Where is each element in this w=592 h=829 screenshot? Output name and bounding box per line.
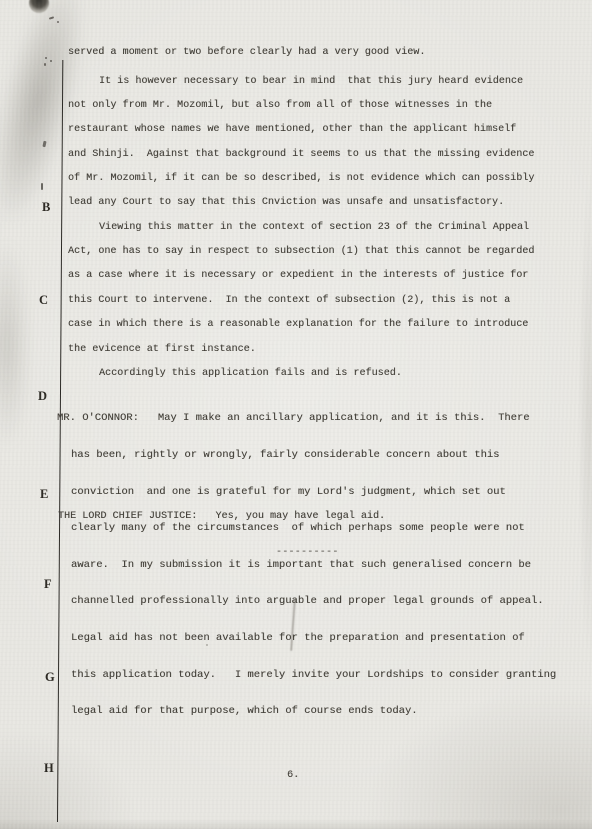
scan-smudge <box>0 240 30 450</box>
text-line: aware. In my submission it is important … <box>71 559 556 571</box>
text-line: MR. O'CONNOR: May I make an ancillary ap… <box>57 412 556 424</box>
dust-speck <box>45 57 47 59</box>
dust-speck <box>41 183 43 190</box>
text-line: clearly many of the circumstances of whi… <box>71 522 556 534</box>
text-line: restaurant whose names we have mentioned… <box>68 123 516 136</box>
margin-letter-h: H <box>44 761 54 775</box>
text-line: Legal aid has not been available for the… <box>71 632 556 644</box>
text-line: of Mr. Mozomil, if it can be so describe… <box>68 172 534 185</box>
dust-speck <box>44 63 46 66</box>
text-line: this application today. I merely invite … <box>71 669 556 681</box>
text-line: channelled professionally into arguable … <box>71 595 556 607</box>
text-line: and Shinji. Against that background it s… <box>68 148 534 161</box>
text-line: the evicence at first instance. <box>68 343 256 356</box>
section-separator: ---------- <box>276 547 339 558</box>
text-line: Accordingly this application fails and i… <box>68 367 402 380</box>
judge-ruling-line: THE LORD CHIEF JUSTICE: Yes, you may hav… <box>58 510 385 523</box>
scanned-transcript-page: B C D E F G H served a moment or two bef… <box>0 0 592 829</box>
text-line: Viewing this matter in the context of se… <box>68 221 529 234</box>
margin-letter-e: E <box>40 487 48 501</box>
text-line: lead any Court to say that this Cnvictio… <box>68 196 504 209</box>
text-line: legal aid for that purpose, which of cou… <box>71 705 556 717</box>
text-line: conviction and one is grateful for my Lo… <box>71 486 556 498</box>
text-line: as a case where it is necessary or exped… <box>68 269 528 282</box>
text-line: this Court to intervene. In the context … <box>68 294 510 307</box>
text-line: not only from Mr. Mozomil, but also from… <box>68 99 492 112</box>
margin-letter-c: C <box>39 293 48 307</box>
text-line: Act, one has to say in respect to subsec… <box>68 245 534 258</box>
dust-speck <box>57 21 59 23</box>
margin-letter-f: F <box>44 577 52 591</box>
dust-speck <box>50 60 52 62</box>
margin-letter-b: B <box>42 200 50 214</box>
text-line: has been, rightly or wrongly, fairly con… <box>71 449 556 461</box>
page-number: 6. <box>287 769 299 781</box>
margin-letter-d: D <box>38 389 47 403</box>
text-line: served a moment or two before clearly ha… <box>68 46 425 59</box>
margin-rule <box>57 60 64 822</box>
text-line: case in which there is a reasonable expl… <box>68 318 528 331</box>
text-line: It is however necessary to bear in mind … <box>68 75 523 88</box>
counsel-statement: MR. O'CONNOR: May I make an ancillary ap… <box>71 388 556 742</box>
margin-letter-g: G <box>45 670 55 684</box>
